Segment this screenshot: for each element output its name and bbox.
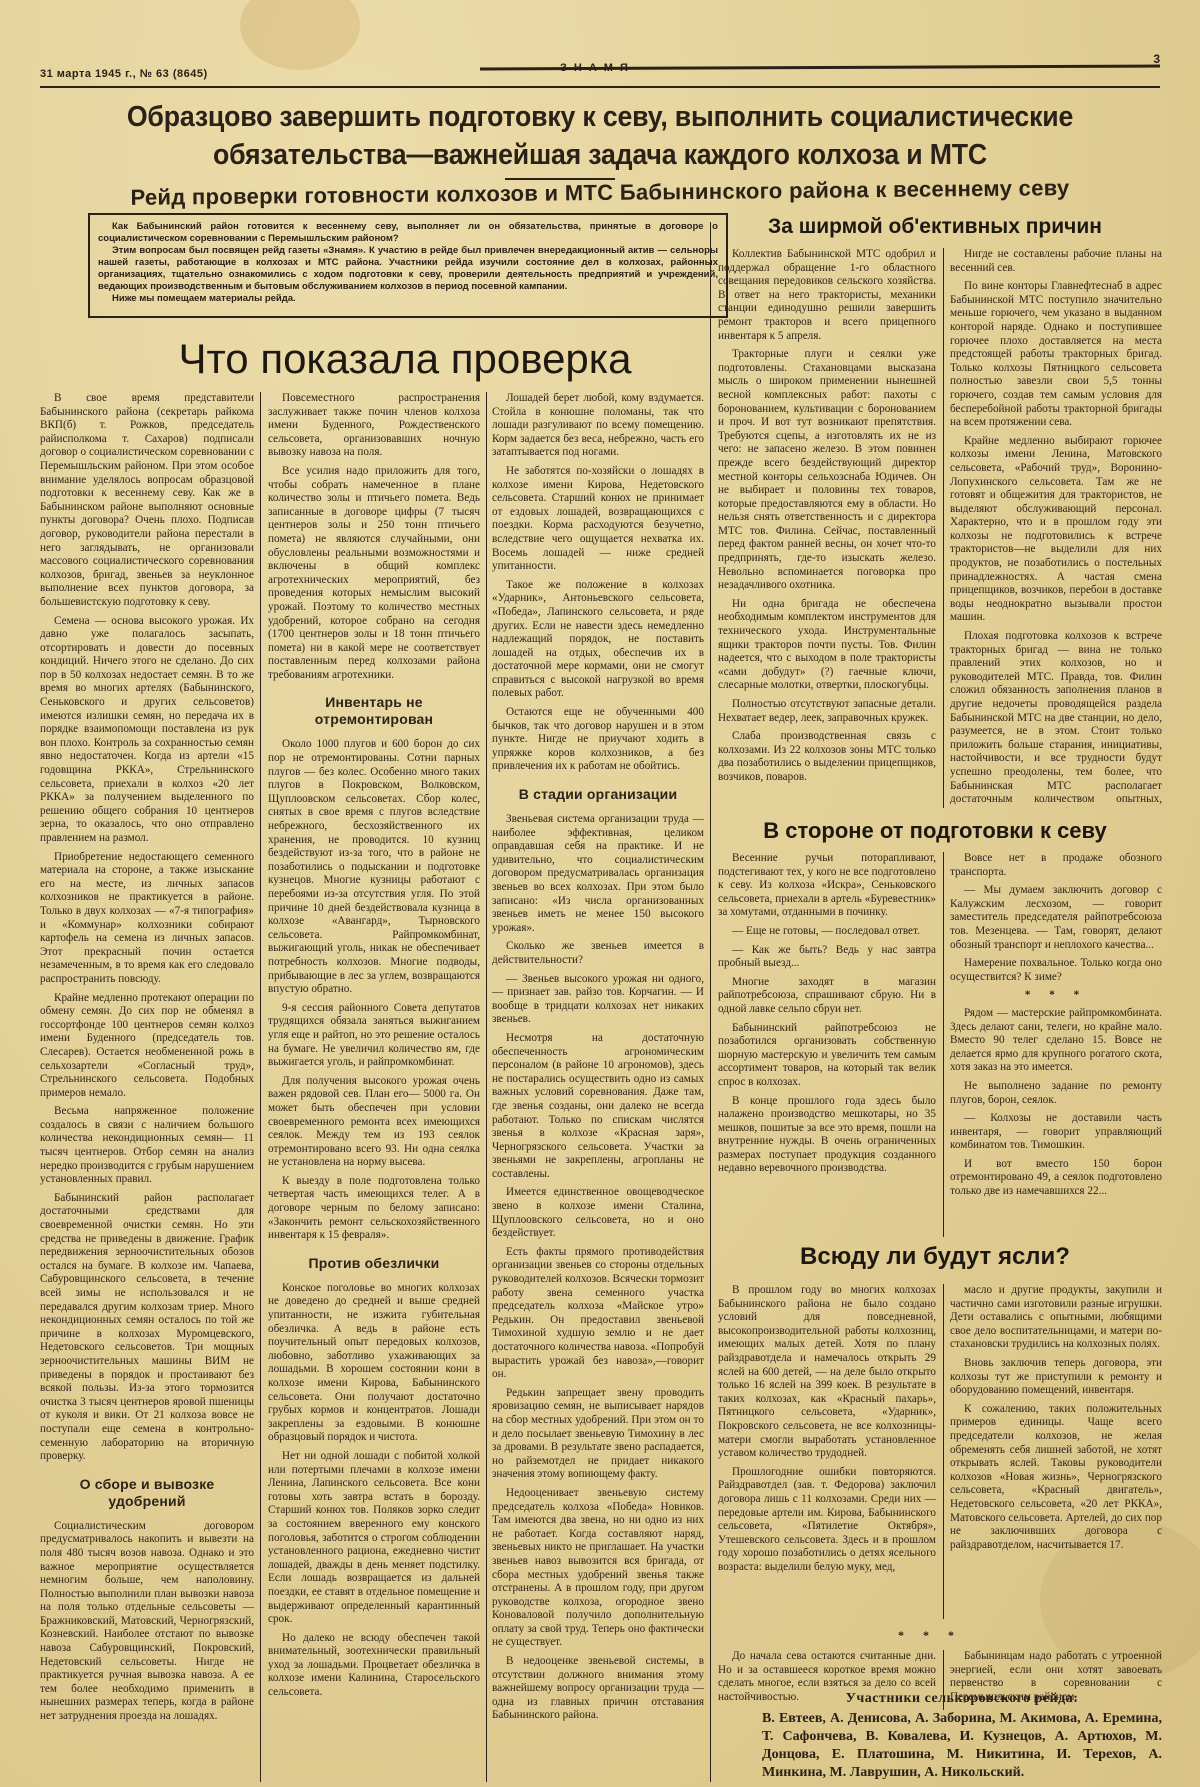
main-headline: Образцово завершить подготовку к севу, в… bbox=[85, 98, 1115, 174]
paragraph: Сколько же звеньев имеется в действитель… bbox=[492, 940, 704, 967]
paragraph: Слаба производственная связь с колхозами… bbox=[718, 730, 936, 784]
masthead-double-rule bbox=[40, 86, 1160, 88]
paragraph: Редькин запрещает звену проводить яровиз… bbox=[492, 1387, 704, 1482]
newspaper-name: ЗНАМЯ bbox=[560, 62, 635, 74]
intro-paragraph: Этим вопросам был посвящен рейд газеты «… bbox=[98, 245, 718, 293]
subsection-heading: Против обезлички bbox=[268, 1255, 480, 1272]
paragraph: Лошадей берет любой, кому вздумается. Ст… bbox=[492, 392, 704, 460]
paragraph: И вот вместо 150 борон отремонтировано 4… bbox=[950, 1158, 1162, 1199]
side-column-1: Весенние ручьи поторапливают, подстегива… bbox=[718, 852, 936, 1237]
column-divider bbox=[486, 392, 487, 1782]
participants-names: В. Евтеев, А. Денисова, А. Заборина, М. … bbox=[762, 1710, 1162, 1782]
section-stars: * * * bbox=[700, 1628, 1160, 1643]
paragraph: Вовсе нет в продаже обозного транспорта. bbox=[950, 852, 1162, 879]
intro-paragraph: Ниже мы помещаем материалы рейда. bbox=[98, 293, 718, 305]
screen-column-1: Коллектив Бабынинской МТС одобрил и подд… bbox=[718, 248, 936, 808]
paragraph: Для получения высокого урожая очень важе… bbox=[268, 1075, 480, 1170]
paragraph: — Колхозы не доставили часть инвентаря, … bbox=[950, 1112, 1162, 1153]
paragraph: К сожалению, таких положительных примеро… bbox=[950, 1403, 1162, 1553]
headline-line-1: Образцово завершить подготовку к севу, в… bbox=[85, 98, 1115, 136]
intro-box: Как Бабынинский район готовится к весенн… bbox=[88, 213, 728, 318]
subsection-heading: В стадии организации bbox=[492, 786, 704, 803]
paragraph: 9-я сессия районного Совета депутатов тр… bbox=[268, 1002, 480, 1070]
paragraph: Но далеко не всюду обеспечен такой внима… bbox=[268, 1632, 480, 1700]
paragraph: Конское поголовье во многих колхозах не … bbox=[268, 1282, 480, 1445]
paragraph: — Мы думаем заключить договор с Калужски… bbox=[950, 884, 1162, 952]
paragraph: Нет ни одной лошади с побитой холкой или… bbox=[268, 1450, 480, 1627]
paragraph: В прошлом году во многих колхозах Бабыни… bbox=[718, 1284, 936, 1461]
subsection-heading: О сборе и вывозке удобрений bbox=[40, 1476, 254, 1510]
article-title-side: В стороне от подготовки к севу bbox=[705, 818, 1165, 844]
paragraph: Нигде не составлены рабочие планы на вес… bbox=[950, 248, 1162, 275]
paragraph: Около 1000 плугов и 600 борон до сих пор… bbox=[268, 738, 480, 996]
article-title-screen: За ширмой об'ективных причин bbox=[705, 215, 1165, 239]
paragraph: Ни одна бригада не обеспечена необходимы… bbox=[718, 598, 936, 693]
paragraph: Есть факты прямого противодействия орган… bbox=[492, 1246, 704, 1382]
paragraph: Остаются еще не обученными 400 бычков, т… bbox=[492, 706, 704, 774]
paragraph: масло и другие продукты, закупили и част… bbox=[950, 1284, 1162, 1352]
paragraph: Семена — основа высокого урожая. Их давн… bbox=[40, 615, 254, 846]
subsection-heading: Инвентарь не отремонтирован bbox=[268, 694, 480, 728]
participants-title: Участники селькоровского рейда: bbox=[762, 1690, 1162, 1708]
paragraph: В конце прошлого года здесь было налажен… bbox=[718, 1095, 936, 1177]
paragraph: Вновь заключив теперь договора, эти колх… bbox=[950, 1357, 1162, 1398]
side-column-2: Вовсе нет в продаже обозного транспорта.… bbox=[950, 852, 1162, 1237]
section-divider bbox=[710, 222, 711, 1782]
paragraph: Весенние ручьи поторапливают, подстегива… bbox=[718, 852, 936, 920]
paragraph: В свое время представители Бабынинского … bbox=[40, 392, 254, 610]
paragraph: Не заботятся по-хозяйски о лошадях в кол… bbox=[492, 465, 704, 574]
paragraph: К выезду в поле подготовлена только четв… bbox=[268, 1175, 480, 1243]
paragraph: Недооценивает звеньевую систему председа… bbox=[492, 1487, 704, 1650]
article-title-yasli: Всюду ли будут ясли? bbox=[705, 1243, 1165, 1271]
yasli-column-1: В прошлом году во многих колхозах Бабыни… bbox=[718, 1284, 936, 1624]
paragraph: По вине конторы Главнефтеснаб в адрес Ба… bbox=[950, 280, 1162, 430]
article-title-main: Что показала проверка bbox=[80, 335, 730, 383]
intro-paragraph: Как Бабынинский район готовится к весенн… bbox=[98, 221, 718, 245]
paragraph: Тракторные плуги и сеялки уже подготовле… bbox=[718, 348, 936, 593]
paragraph: Плохая подготовка колхозов к встрече тра… bbox=[950, 630, 1162, 808]
main-column-2: Повсеместного распространения заслуживае… bbox=[268, 392, 480, 1782]
paragraph: Все усилия надо приложить для того, чтоб… bbox=[268, 465, 480, 683]
paragraph: Несмотря на достаточную обеспеченность а… bbox=[492, 1032, 704, 1182]
headline-line-2: обязательства—важнейшая задача каждого к… bbox=[85, 136, 1115, 174]
paragraph: Многие заходят в магазин райпотребсоюза,… bbox=[718, 976, 936, 1017]
newspaper-page: 31 марта 1945 г., № 63 (8645) ЗНАМЯ 3 Об… bbox=[40, 30, 1160, 1780]
paragraph: Полностью отсутствуют запасные детали. Н… bbox=[718, 698, 936, 725]
paragraph: — Звеньев высокого урожая ни одного, — п… bbox=[492, 973, 704, 1027]
paragraph: Повсеместного распространения заслуживае… bbox=[268, 392, 480, 460]
main-column-3: Лошадей берет любой, кому вздумается. Ст… bbox=[492, 392, 704, 1782]
raid-participants: Участники селькоровского рейда: В. Евтее… bbox=[762, 1690, 1162, 1782]
paragraph: Прошлогодние ошибки повторяются. Райздра… bbox=[718, 1466, 936, 1575]
paragraph: Бабынинский район располагает достаточны… bbox=[40, 1192, 254, 1464]
paragraph: Звеньевая система организации труда — на… bbox=[492, 813, 704, 935]
paragraph: — Как же быть? Ведь у нас завтра пробный… bbox=[718, 944, 936, 971]
issue-date: 31 марта 1945 г., № 63 (8645) bbox=[40, 68, 208, 80]
paragraph: Рядом — мастерские райпромкомбината. Зде… bbox=[950, 1007, 1162, 1075]
column-divider bbox=[260, 392, 261, 1782]
paragraph: Не выполнено задание по ремонту плугов, … bbox=[950, 1080, 1162, 1107]
column-divider bbox=[943, 852, 944, 1237]
paragraph: Коллектив Бабынинской МТС одобрил и подд… bbox=[718, 248, 936, 343]
paragraph: — Еще не готовы, — последовал ответ. bbox=[718, 925, 936, 939]
paragraph: Крайне медленно протекают операции по об… bbox=[40, 992, 254, 1101]
paragraph: Бабынинский райпотребсоюз не позаботился… bbox=[718, 1022, 936, 1090]
masthead: 31 марта 1945 г., № 63 (8645) ЗНАМЯ 3 bbox=[40, 50, 1160, 90]
paragraph: Намерение похвальное. Только когда оно о… bbox=[950, 957, 1162, 984]
paragraph: Социалистическим договором предусматрива… bbox=[40, 1520, 254, 1724]
paragraph: В недооценке звеньевой системы, в отсутс… bbox=[492, 1655, 704, 1723]
section-stars: * * * bbox=[950, 989, 1162, 1003]
raid-subheadline: Рейд проверки готовности колхозов и МТС … bbox=[40, 174, 1160, 212]
page-number: 3 bbox=[1153, 52, 1160, 66]
screen-column-2: Нигде не составлены рабочие планы на вес… bbox=[950, 248, 1162, 808]
paragraph: Весьма напряженное положение создалось в… bbox=[40, 1105, 254, 1187]
column-divider bbox=[943, 1284, 944, 1619]
yasli-column-2: масло и другие продукты, закупили и част… bbox=[950, 1284, 1162, 1624]
paragraph: Крайне медленно выбирают горючее колхозы… bbox=[950, 435, 1162, 625]
paragraph: Приобретение недостающего семенного мате… bbox=[40, 851, 254, 987]
paragraph: Имеется единственное овощеводческое звен… bbox=[492, 1186, 704, 1240]
main-column-1: В свое время представители Бабынинского … bbox=[40, 392, 254, 1782]
paragraph: Такое же положение в колхозах «Ударник»,… bbox=[492, 579, 704, 701]
column-divider bbox=[943, 248, 944, 808]
